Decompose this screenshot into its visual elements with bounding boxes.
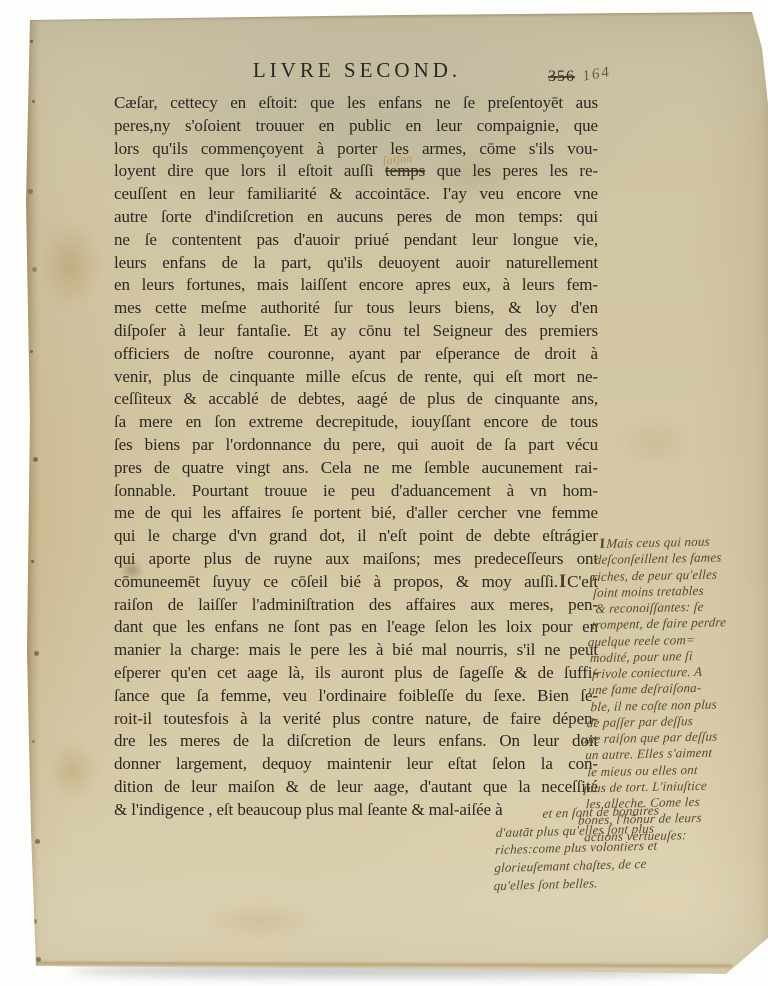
paper-stain [620,420,690,466]
text-run: plus de tort. L'iniuſtice [583,777,707,795]
text-run: une raiſon que par deſſus [581,728,718,746]
text-run: & reconoiſſantes: ſe [595,599,704,616]
body-line: eſperer qu'en cet aage là, ils auront pl… [114,662,598,685]
text-run: ſance que ſa femme, veu l'ordinaire foib… [114,686,598,705]
struck-word: tempsſaiſon [385,161,425,180]
text-run: glorieuſemant chaſtes, de ce [494,856,647,875]
text-run: donner largement, dequoy maintenir leur … [114,754,598,773]
text-run: manier la charge: mais le pere les à bié… [114,640,598,659]
text-run: ceuſſent en leur familiarité & accointāc… [114,184,598,203]
text-run: qui aporte plus de ruyne aux maiſons; me… [114,549,598,568]
text-run: peres,ny s'oſoient trouuer en public en … [114,116,598,135]
text-run: que les peres les re- [425,161,598,180]
body-line: dition de leur maiſon & de leur aage, d'… [114,776,598,799]
text-run: en leurs fortunes, mais laiſſent encore … [114,275,598,294]
book-page: LIVRE SECOND. 356 164 Cæſar, cettecy en … [0,0,768,986]
text-run: qu'elles ſont belles. [493,875,598,893]
body-line: venir, plus de cinquante mille eſcus de … [114,366,598,389]
body-line: leurs enfans de la part, qu'ils deuoyent… [114,252,598,275]
text-run: roit-il toutesfois à la verité plus cont… [114,709,598,728]
text-run: Mais ceus qui nous [606,534,710,551]
text-run: mes cette meſme authorité ſur tous leurs… [114,298,598,317]
text-run: une fame deſraiſona- [588,680,702,697]
text-run: eſperer qu'en cet aage là, ils auront pl… [114,663,598,682]
body-line: en leurs fortunes, mais laiſſent encore … [114,274,598,297]
text-run: ble, il ne coſte non plus [590,696,717,714]
body-line: donner largement, dequoy maintenir leur … [114,753,598,776]
body-line: pres de quatre vingt ans. Cela ne me ſem… [114,457,598,480]
text-run: qui le charge d'vn grand dot, il n'eſt p… [114,526,598,545]
text-run: dition de leur maiſon & de leur aage, d'… [114,777,598,796]
text-run: pres de quatre vingt ans. Cela ne me ſem… [114,458,598,477]
paper-stain [48,740,98,800]
running-header: LIVRE SECOND. [115,58,599,83]
text-run: riches, de peur qu'elles [592,566,718,584]
text-run: loyent dire que lors il eſtoit auſſi [114,161,385,180]
page-number-handwritten: 164 [581,64,612,86]
text-run: venir, plus de cinquante mille eſcus de … [114,367,598,386]
body-line: autre ſorte d'indiſcretion en aucuns per… [114,206,598,229]
handwritten-correction: ſaiſon [382,148,414,173]
page-bottom-edge [32,961,732,967]
page-top-edge [28,10,758,20]
body-line: qui aporte plus de ruyne aux maiſons; me… [114,548,598,571]
left-edge-specks [30,40,33,43]
body-line: ſonnable. Pourtant trouue ie peu d'aduan… [114,480,598,503]
page-number-area: 356 164 [548,68,608,86]
text-run: dre les meres de la diſcretion de leurs … [114,731,598,750]
text-run: ſes biens par l'ordonnance du pere, qui … [114,435,598,454]
text-run: ſoint moins tretables [593,582,704,599]
text-run: autre ſorte d'indiſcretion en aucuns per… [114,207,598,226]
text-run: raiſon de laiſſer l'adminiſtration des a… [114,595,598,614]
text-run: dant que les enfans ne ſont pas en l'eag… [114,617,598,636]
text-run: de paſſer par deſſus [587,713,694,730]
body-line: manier la charge: mais le pere les à bié… [114,639,598,662]
text-run: quelque reele com= [587,631,695,648]
text-run: Cæſar, cettecy en eſtoit: que les enfans… [114,93,598,112]
body-line: roit-il toutesfois à la verité plus cont… [114,708,598,731]
body-line: ſes biens par l'ordonnance du pere, qui … [114,434,598,457]
page-number-printed-struck: 356 [548,68,575,85]
body-line: ſance que ſa femme, veu l'ordinaire foib… [114,685,598,708]
body-line: ſa mere en ſon extreme decrepitude, iouy… [114,411,598,434]
scan-background: { "header": { "title": "LIVRE SECOND.", … [0,0,768,986]
body-line: mes cette meſme authorité ſur tous leurs… [114,297,598,320]
text-run: frivole coniecture. A [592,664,703,681]
paper-stain [200,900,320,940]
body-line: ceuſſent en leur familiarité & accointāc… [114,183,598,206]
text-run: cōmuneemēt ſuyuy ce cōſeil bié à propos,… [114,572,558,591]
body-line: lors qu'ils commençoyent à porter les ar… [114,138,598,161]
text-run: & l'indigence , eſt beaucoup plus mal ſe… [114,800,503,819]
body-line: cōmuneemēt ſuyuy ce cōſeil bié à propos,… [114,571,598,594]
body-line: Cæſar, cettecy en eſtoit: que les enfans… [114,92,598,115]
paper-stain [40,220,100,310]
body-line: loyent dire que lors il eſtoit auſſi tem… [114,160,598,183]
body-line: me de qui les affaires ſe portent bié, d… [114,502,598,525]
handwritten-margin-note-continuation: et en ſont de bonairesd'autāt plus qu'el… [493,798,768,894]
body-line: peres,ny s'oſoient trouuer en public en … [114,115,598,138]
text-run: officiers de noſtre couronne, ayant par … [114,344,598,363]
body-line: dre les meres de la diſcretion de leurs … [114,730,598,753]
text-run: le mieus ou elles ont [587,761,698,778]
insertion-mark: I [558,572,567,592]
body-line: raiſon de laiſſer l'adminiſtration des a… [114,594,598,617]
body-line: qui le charge d'vn grand dot, il n'eſt p… [114,525,598,548]
text-run: leurs enfans de la part, qu'ils deuoyent… [114,253,598,272]
text-run: deſconſeillent les fames [594,550,722,568]
body-line: diſpoſer à leur fantaſie. Et ay cōnu tel… [114,320,598,343]
text-run: ceſſiteux & accablé de debtes, aagé de p… [114,389,598,408]
text-run: me de qui les affaires ſe portent bié, d… [114,503,598,522]
text-run: et en ſont de bonaires [542,802,659,820]
body-line: officiers de noſtre couronne, ayant par … [114,343,598,366]
text-run: lors qu'ils commençoyent à porter les ar… [114,139,598,158]
page-left-deckle-edge [25,16,39,968]
text-run: modité, pour une ſi [590,648,693,665]
text-run: ne ſe contentent pas d'auoir priué penda… [114,230,598,249]
text-run: diſpoſer à leur fantaſie. Et ay cōnu tel… [114,321,598,340]
text-run: trompent, de faire perdre [591,615,726,633]
body-line: ceſſiteux & accablé de debtes, aagé de p… [114,388,598,411]
text-run: ſa mere en ſon extreme decrepitude, iouy… [114,412,598,431]
body-line: ne ſe contentent pas d'auoir priué penda… [114,229,598,252]
body-line: dant que les enfans ne ſont pas en l'eag… [114,616,598,639]
text-run: un autre. Elles s'aiment [585,745,713,763]
body-text: Cæſar, cettecy en eſtoit: que les enfans… [114,92,598,822]
text-run: ſonnable. Pourtant trouue ie peu d'aduan… [114,481,598,500]
